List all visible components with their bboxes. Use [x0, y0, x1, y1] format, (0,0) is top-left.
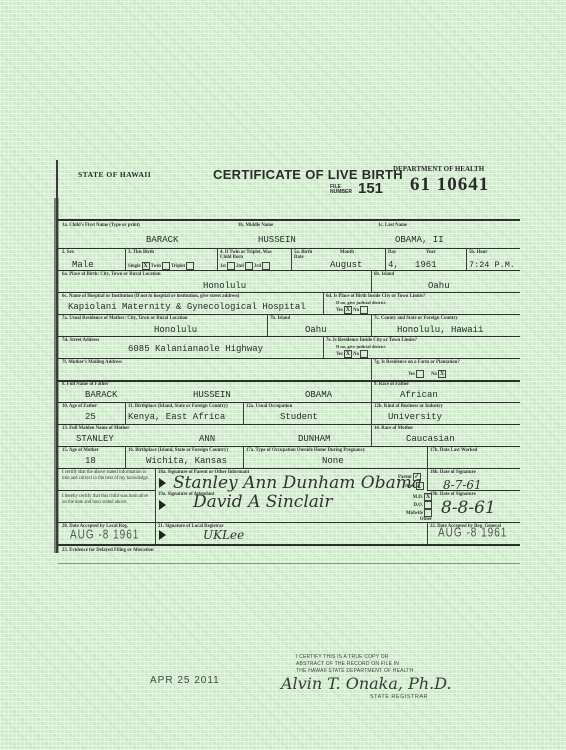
inside-city-yes-checkbox[interactable]: X [344, 306, 352, 314]
birth-island: Oahu [428, 281, 450, 291]
sex-value: Male [72, 260, 94, 270]
second-born-checkbox[interactable] [245, 262, 253, 270]
row-rule [58, 446, 520, 447]
divider [267, 314, 268, 336]
mother-race-label: 14. Race of Mother [374, 426, 413, 431]
twin-order-options: 1st 2nd 3rd [220, 262, 270, 270]
residence-inside-city-label: 7e. Is Residence Inside City or Town Lim… [326, 338, 417, 343]
certification-statement: I CERTIFY THIS IS A TRUE COPY OR ABSTRAC… [296, 654, 413, 675]
row-rule [58, 248, 520, 249]
reg-general-date-stamp: AUG -8 1961 [438, 526, 507, 540]
inside-city-no-checkbox[interactable] [360, 306, 368, 314]
attendant-certification: I hereby certify that this child was bor… [62, 494, 150, 505]
divider [155, 522, 156, 544]
mother-birthplace: Wichita, Kansas [146, 456, 227, 466]
other-checkbox[interactable] [416, 482, 424, 490]
informant-signature: Stanley Ann Dunham Obama [173, 473, 422, 493]
mother-age-label: 15. Age of Mother [62, 448, 99, 453]
attendant-signature: David A Sinclair [193, 492, 332, 512]
divider [243, 402, 244, 424]
last-worked-label: 17b. Date Last Worked [430, 448, 477, 453]
inside-city-options: YesX No [336, 306, 368, 314]
place-of-birth-label: 6a. Place of Birth: City, Town or Rural … [62, 272, 161, 277]
divider [371, 314, 372, 336]
birth-certificate: STATE OF HAWAII CERTIFICATE OF LIVE BIRT… [56, 160, 520, 553]
local-reg-date-stamp: AUG -8 1961 [70, 528, 139, 542]
section-rule [58, 380, 520, 382]
residence-county-label: 7c. County and State or Foreign Country [374, 316, 458, 321]
no-label: No [353, 352, 359, 357]
birth-hour: 7:24 P.M. [469, 260, 515, 270]
file-number: 151 [358, 180, 383, 197]
row-rule [427, 490, 520, 491]
state-label: STATE OF HAWAII [78, 170, 151, 179]
child-middle-name-label: 1b. Middle Name [238, 223, 273, 228]
mailing-address-label: 7f. Mother's Mailing Address [62, 360, 122, 365]
child-first-name-label: 1a. Child's First Name (Type or print) [62, 223, 140, 228]
state-registrar-title: STATE REGISTRAR [370, 694, 428, 700]
attendant-date-label: 19b. Date of Signature [430, 492, 476, 497]
row-rule [58, 424, 520, 425]
hospital-label: 6c. Name of Hospital or Institution (If … [62, 294, 239, 299]
father-occupation: Student [280, 412, 318, 422]
other-label: Other [403, 484, 415, 489]
month-label: Month [340, 250, 354, 255]
third-born-label: 3rd [254, 264, 261, 269]
mother-age: 18 [85, 456, 96, 466]
mother-occupation-label: 17a. Type of Occupation Outside Home Dur… [246, 448, 365, 453]
divider [125, 248, 126, 270]
birth-island-label: 6b. Island [374, 272, 394, 277]
residence-city: Honolulu [154, 325, 197, 335]
sign-here-arrow-icon [159, 500, 166, 510]
single-option-label: Single [128, 264, 141, 269]
father-last-name: OBAMA [305, 390, 332, 400]
md-label: M.D. [413, 495, 423, 500]
no-label: No [431, 372, 437, 377]
twin-triplet-label: 4. If Twin or Triplet, Was Child Born [220, 250, 275, 260]
residence-inside-city-options: YesX No [336, 350, 368, 358]
mother-last-name: DUNHAM [298, 434, 330, 444]
twin-option-label: Twin [151, 264, 161, 269]
residence-island: Oahu [305, 325, 327, 335]
divider [371, 402, 372, 424]
divider [155, 468, 156, 522]
father-name-label: 8. Full Name of Father [62, 382, 109, 387]
certificate-number: 61 10641 [410, 174, 489, 196]
informant-date-label: 18b. Date of Signature [430, 470, 476, 475]
divider [217, 248, 218, 270]
divider [466, 248, 467, 270]
inside-city-label: 6d. Is Place of Birth Inside City or Tow… [326, 294, 425, 299]
farm-label: 7g. Is Residence on a Farm or Plantation… [374, 360, 460, 365]
evidence-label: 23. Evidence for Delayed Filing or Alter… [62, 548, 154, 553]
parent-checkbox[interactable]: ✓ [413, 473, 421, 481]
first-born-label: 1st [220, 264, 226, 269]
residence-inside-no-checkbox[interactable] [360, 350, 368, 358]
place-of-birth-city: Honolulu [203, 281, 246, 291]
father-age-label: 10. Age of Father [62, 404, 97, 409]
certify-line-1: I CERTIFY THIS IS A TRUE COPY OR [296, 654, 413, 661]
this-birth-label: 3. This Birth [128, 250, 154, 255]
parent-label: Parent [398, 475, 412, 480]
mother-middle-name: ANN [199, 434, 215, 444]
row-rule [58, 490, 155, 491]
father-middle-name: HUSSEIN [193, 390, 231, 400]
local-registrar-signature: UKLee [203, 528, 244, 542]
do-checkbox[interactable] [424, 501, 432, 509]
father-birthplace-label: 11. Birthplace (Island, State or Foreign… [128, 404, 228, 409]
sign-here-arrow-icon [159, 478, 166, 488]
yes-label: Yes [336, 308, 343, 313]
mother-race: Caucasian [406, 434, 455, 444]
child-first-name: BARACK [146, 235, 178, 245]
divider [371, 358, 372, 380]
certificate-header: STATE OF HAWAII CERTIFICATE OF LIVE BIRT… [58, 160, 520, 220]
mother-birthplace-label: 16. Birthplace (Island, State or Foreign… [128, 448, 228, 453]
father-age: 25 [85, 412, 96, 422]
birth-year: 1961 [415, 260, 437, 270]
row-rule [58, 358, 520, 359]
divider [427, 522, 428, 544]
judicial-district-label: If no, give judicial district [336, 300, 386, 305]
divider [291, 248, 292, 270]
yes-label: Yes [408, 372, 415, 377]
issue-date: APR 25 2011 [150, 675, 220, 686]
mother-occupation: None [322, 456, 344, 466]
hospital-name: Kapiolani Maternity & Gynecological Hosp… [68, 302, 306, 312]
child-last-name-label: 1c. Last Name [378, 223, 407, 228]
midwife-checkbox[interactable] [424, 509, 432, 517]
row-rule [58, 402, 520, 403]
attendant-type-options: M.D.X D.O. Midwife Other [406, 493, 432, 523]
twin-checkbox[interactable] [162, 262, 170, 270]
divider [371, 270, 372, 292]
bottom-edge [58, 563, 520, 564]
row-rule [58, 292, 520, 293]
third-born-checkbox[interactable] [262, 262, 270, 270]
divider [371, 380, 372, 402]
attendant-date: 8-8-61 [441, 498, 496, 518]
certify-line-2: ABSTRACT OF THE RECORD ON FILE IN [296, 661, 413, 668]
residence-island-label: 7b. Island [270, 316, 290, 321]
child-last-name: OBAMA, II [395, 235, 444, 245]
triplet-option-label: Triplet [171, 264, 185, 269]
father-first-name: BARACK [85, 390, 117, 400]
birth-month: August [330, 260, 362, 270]
farm-yes-checkbox[interactable] [416, 370, 424, 378]
row-rule [58, 522, 520, 523]
row-rule [58, 468, 520, 469]
header-rule [58, 219, 520, 221]
birth-date-label: 5a. Birth Date [294, 250, 314, 260]
divider [323, 292, 324, 314]
divider [243, 446, 244, 468]
first-born-checkbox[interactable] [227, 262, 235, 270]
row-rule [58, 336, 520, 337]
divider [323, 336, 324, 358]
divider [427, 446, 428, 468]
hour-label: 5b. Hour [469, 250, 487, 255]
residence-county: Honolulu, Hawaii [397, 325, 483, 335]
second-born-label: 2nd [236, 264, 244, 269]
midwife-label: Midwife [406, 511, 423, 516]
sign-here-arrow-icon [159, 530, 166, 540]
parent-option: Parent✓ [398, 473, 421, 481]
father-occupation-label: 12a. Usual Occupation [246, 404, 292, 409]
divider [371, 424, 372, 446]
residence-inside-yes-checkbox[interactable]: X [344, 350, 352, 358]
mother-first-name: STANLEY [76, 434, 114, 444]
year-label: Year [426, 250, 436, 255]
street-address-label: 7d. Street Address [62, 338, 99, 343]
child-middle-name: HUSSEIN [258, 235, 296, 245]
triplet-checkbox[interactable] [186, 262, 194, 270]
street-address: 6085 Kalanianaole Highway [128, 344, 263, 354]
row-rule [58, 544, 520, 546]
row-rule [58, 270, 520, 271]
farm-options: Yes NoX [408, 370, 446, 378]
father-race-label: 9. Race of Father [374, 382, 409, 387]
birth-day: 4, [388, 260, 399, 270]
farm-no-checkbox[interactable]: X [438, 370, 446, 378]
other-option: Other [403, 482, 424, 490]
residence-judicial-district-label: If no, give judicial district [336, 344, 386, 349]
informant-certification: I certify that the above stated informat… [62, 470, 150, 481]
residence-city-label: 7a. Usual Residence of Mother: City, Tow… [62, 316, 188, 321]
department-label: DEPARTMENT OF HEALTH [393, 165, 484, 173]
mother-name-label: 13. Full Maiden Name of Mother [62, 426, 129, 431]
state-registrar-signature: Alvin T. Onaka, Ph.D. [281, 674, 452, 693]
divider [385, 248, 386, 270]
do-label: D.O. [413, 503, 423, 508]
father-race: African [400, 390, 438, 400]
divider [125, 402, 126, 424]
divider [427, 468, 428, 490]
no-label: No [353, 308, 359, 313]
row-rule [58, 314, 520, 315]
father-industry-label: 12b. Kind of Business or Industry [374, 404, 443, 409]
father-industry: University [388, 412, 442, 422]
divider [125, 446, 126, 468]
file-number-label: FILENUMBER [330, 185, 352, 195]
day-label: Day [388, 250, 396, 255]
yes-label: Yes [336, 352, 343, 357]
single-checkbox[interactable]: X [142, 262, 150, 270]
father-birthplace: Kenya, East Africa [128, 412, 225, 422]
this-birth-options: SingleX Twin Triplet [128, 262, 194, 270]
sex-label: 2. Sex [62, 250, 74, 255]
